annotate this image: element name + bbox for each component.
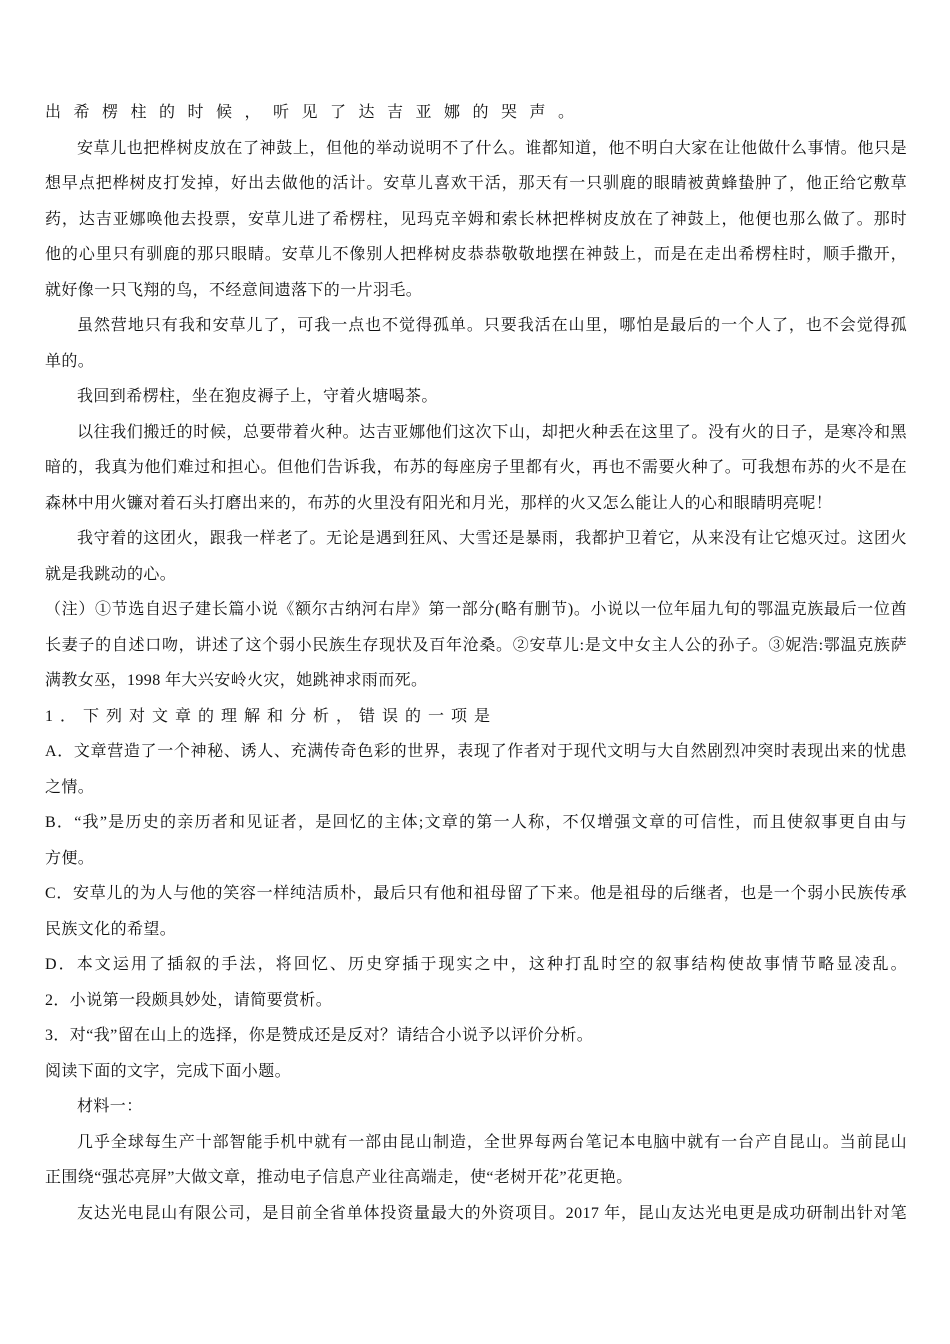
material-1-label: 材料一： [45, 1089, 907, 1125]
question-1-option-c: 民族文化的希望。 [45, 912, 907, 948]
excerpt-line: 以往我们搬迁的时候，总要带着火种。达吉亚娜他们这次下山，却把火种丢在这里了。没有… [45, 415, 907, 451]
excerpt-line: 我回到希楞柱，坐在狍皮褥子上，守着火塘喝茶。 [45, 379, 907, 415]
question-1-option-b: B．“我”是历史的亲历者和见证者，是回忆的主体;文章的第一人称，不仅增强文章的可… [45, 805, 907, 841]
excerpt-line: 森林中用火镰对着石头打磨出来的，布苏的火里没有阳光和月光，那样的火又怎么能让人的… [45, 486, 907, 522]
question-1-option-d: D．本文运用了插叙的手法，将回忆、历史穿插于现实之中，这种打乱时空的叙事结构使故… [45, 947, 907, 983]
excerpt-line: 就是我跳动的心。 [45, 557, 907, 593]
note-line: 长妻子的自述口吻，讲述了这个弱小民族生存现状及百年沧桑。②安草儿:是文中女主人公… [45, 628, 907, 664]
excerpt-line: 安草儿也把桦树皮放在了神鼓上，但他的举动说明不了什么。谁都知道，他不明白大家在让… [45, 131, 907, 167]
note-line: （注）①节选自迟子建长篇小说《额尔古纳河右岸》第一部分(略有删节)。小说以一位年… [45, 592, 907, 628]
question-1-option-a: 之情。 [45, 770, 907, 806]
excerpt-line: 想早点把桦树皮打发掉，好出去做他的活计。安草儿喜欢干活，那天有一只驯鹿的眼睛被黄… [45, 166, 907, 202]
excerpt-line: 虽然营地只有我和安草儿了，可我一点也不觉得孤单。只要我活在山里，哪怕是最后的一个… [45, 308, 907, 344]
material-1-line: 几乎全球每生产十部智能手机中就有一部由昆山制造，全世界每两台笔记本电脑中就有一台… [45, 1125, 907, 1161]
question-1-option-c: C．安草儿的为人与他的笑容一样纯洁质朴，最后只有他和祖母留了下来。他是祖母的后继… [45, 876, 907, 912]
excerpt-line: 暗的，我真为他们难过和担心。但他们告诉我，布苏的每座房子里都有火，再也不需要火种… [45, 450, 907, 486]
material-1-line: 正围绕“强芯亮屏”大做文章，推动电子信息产业往高端走，使“老树开花”花更艳。 [45, 1160, 907, 1196]
note-line: 满教女巫，1998 年大兴安岭火灾，她跳神求雨而死。 [45, 663, 907, 699]
question-1-option-b: 方便。 [45, 841, 907, 877]
question-1-stem: 1．下列对文章的理解和分析，错误的一项是 [45, 699, 907, 735]
excerpt-line: 出希楞柱的时候，听见了达吉亚娜的哭声。 [45, 95, 907, 131]
question-1-option-a: A．文章营造了一个神秘、诱人、充满传奇色彩的世界，表现了作者对于现代文明与大自然… [45, 734, 907, 770]
excerpt-line: 他的心里只有驯鹿的那只眼睛。安草儿不像别人把桦树皮恭恭敬敬地摆在神鼓上，而是在走… [45, 237, 907, 273]
question-2: 2．小说第一段颇具妙处，请简要赏析。 [45, 983, 907, 1019]
question-3: 3．对“我”留在山上的选择，你是赞成还是反对？请结合小说予以评价分析。 [45, 1018, 907, 1054]
excerpt-line: 单的。 [45, 344, 907, 380]
exam-page-sheet: 出希楞柱的时候，听见了达吉亚娜的哭声。 安草儿也把桦树皮放在了神鼓上，但他的举动… [0, 0, 950, 1344]
exam-text-block: 出希楞柱的时候，听见了达吉亚娜的哭声。 安草儿也把桦树皮放在了神鼓上，但他的举动… [45, 95, 907, 1231]
material-1-line: 友达光电昆山有限公司，是目前全省单体投资量最大的外资项目。2017 年，昆山友达… [45, 1196, 907, 1232]
excerpt-line: 就好像一只飞翔的鸟，不经意间遗落下的一片羽毛。 [45, 273, 907, 309]
excerpt-line: 我守着的这团火，跟我一样老了。无论是遇到狂风、大雪还是暴雨，我都护卫着它，从来没… [45, 521, 907, 557]
excerpt-line: 药，达吉亚娜唤他去投票，安草儿进了希楞柱，见玛克辛姆和索长林把桦树皮放在了神鼓上… [45, 202, 907, 238]
section-2-instruction: 阅读下面的文字，完成下面小题。 [45, 1054, 907, 1090]
